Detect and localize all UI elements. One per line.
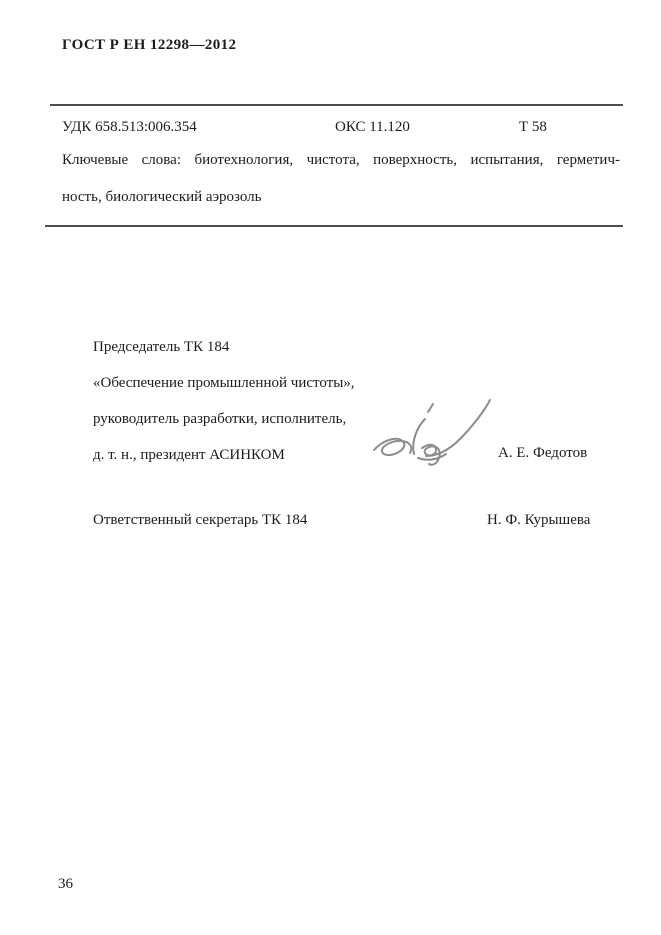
secretary-role: Ответственный секретарь ТК 184 xyxy=(93,512,307,529)
chairman-role-line: «Обеспечение промышленной чистоты», xyxy=(93,365,355,401)
bottom-divider-line xyxy=(45,225,623,227)
signature-stroke xyxy=(374,439,411,455)
keywords-paragraph: Ключевые слова: биотехнология, чистота, … xyxy=(62,142,620,216)
chairman-name: А. Е. Федотов xyxy=(498,445,587,462)
page-number: 36 xyxy=(58,876,73,893)
keywords-line-1: Ключевые слова: биотехнология, чистота, … xyxy=(62,142,620,179)
oks-code: ОКС 11.120 xyxy=(335,119,410,136)
keywords-line-2: ность, биологический аэрозоль xyxy=(62,179,620,216)
signature-image xyxy=(370,396,496,466)
chairman-role-line: д. т. н., президент АСИНКОМ xyxy=(93,437,355,473)
category-code: Т 58 xyxy=(519,119,547,136)
classification-row: УДК 658.513:006.354 ОКС 11.120 Т 58 xyxy=(62,119,622,137)
chairman-role-block: Председатель ТК 184 «Обеспечение промышл… xyxy=(93,329,355,473)
chairman-role-line: Председатель ТК 184 xyxy=(93,329,355,365)
udk-code: УДК 658.513:006.354 xyxy=(62,119,197,135)
document-code-header: ГОСТ Р ЕН 12298—2012 xyxy=(62,37,236,54)
top-divider-line xyxy=(50,104,623,106)
secretary-name: Н. Ф. Курышева xyxy=(487,512,590,529)
document-page: { "page": { "header_code": "ГОСТ Р ЕН 12… xyxy=(0,0,661,935)
chairman-role-line: руководитель разработки, исполнитель, xyxy=(93,401,355,437)
